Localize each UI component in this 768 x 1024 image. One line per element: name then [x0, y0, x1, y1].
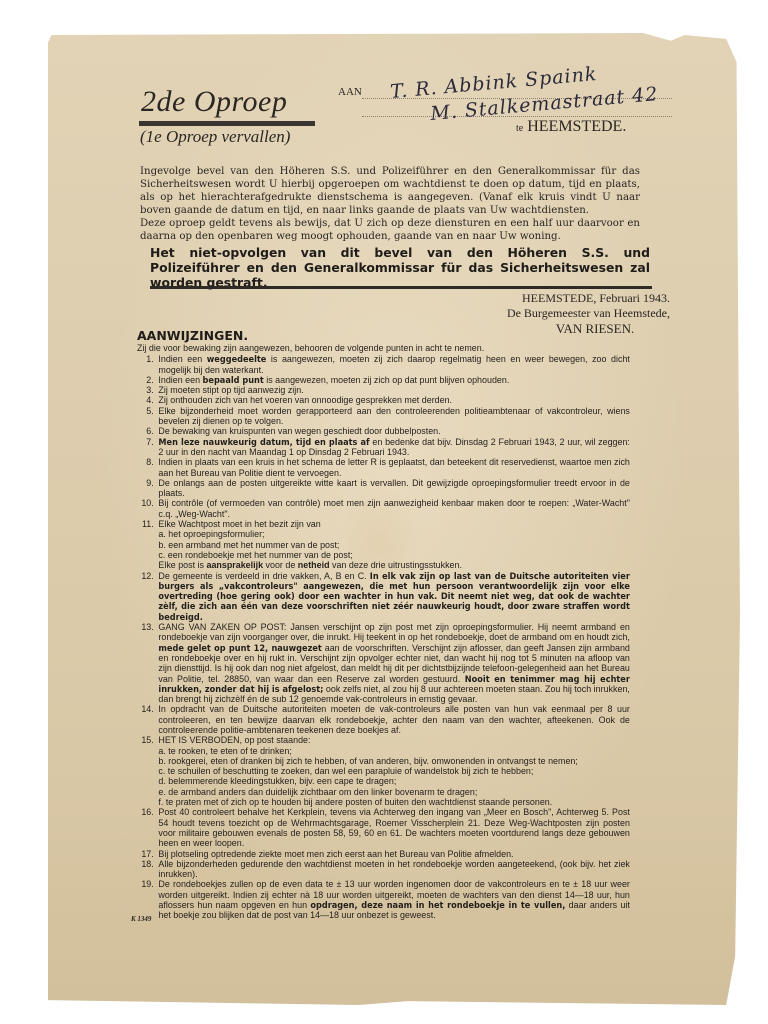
rule-number: 14.	[137, 705, 158, 736]
rule-item: 10.Bij contrôle (of vermoeden van contrô…	[137, 499, 630, 520]
rule-text: Alle bijzonderheden gedurende den wachtd…	[158, 860, 630, 881]
warning-rule	[150, 286, 652, 289]
rule-item: 9.De onlangs aan de posten uitgereikte w…	[137, 479, 630, 500]
addressee-label: AAN	[338, 86, 362, 98]
instructions-heading: AANWIJZINGEN.	[137, 328, 248, 343]
rule-item: 12.De gemeente is verdeeld in drie vakke…	[137, 572, 630, 623]
rule-text-plain: GANG VAN ZAKEN OP POST: Jansen verschijn…	[158, 622, 630, 643]
signature-place-date: HEEMSTEDE, Februari 1943.	[470, 291, 670, 306]
rule-item: 18.Alle bijzonderheden gedurende den wac…	[137, 860, 630, 881]
instructions-list: Zij die voor bewaking zijn aangewezen, b…	[137, 344, 630, 922]
rule-item: 16.Post 40 controleert behalve het Kerkp…	[137, 808, 630, 849]
rule-text-plain: HET IS VERBODEN, op post staande:	[158, 735, 310, 746]
rule-text-plain: In opdracht van de Duitsche autoriteiten…	[158, 704, 630, 736]
rule-text: Indien een weggedeelte is aangewezen, mo…	[158, 355, 630, 376]
rule-number: 10.	[137, 499, 158, 520]
town-line: teHEEMSTEDE.	[516, 118, 626, 136]
rule-item: 19.De rondeboekjes zullen op de even dat…	[137, 880, 630, 921]
rule-number: 9.	[137, 479, 158, 500]
town-prefix: te	[516, 123, 523, 134]
document-subtitle: (1e Oproep vervallen)	[140, 127, 290, 147]
rule-number: 7.	[137, 438, 158, 459]
rule-item: 14.In opdracht van de Duitsche autoritei…	[137, 705, 630, 736]
rule-item: 5.Elke bijzonderheid moet worden gerappo…	[137, 407, 630, 428]
rule-text-plain: Indien in plaats van een kruis in het sc…	[158, 457, 630, 478]
signature-role: De Burgemeester van Heemstede,	[470, 306, 670, 321]
rule-text: Bij contrôle (of vermoeden van contrôle)…	[158, 499, 630, 520]
town: HEEMSTEDE.	[527, 118, 626, 135]
rule-text-plain: Elke bijzonderheid moet worden gerapport…	[158, 406, 630, 427]
rule-text-plain: Alle bijzonderheden gedurende den wachtd…	[158, 859, 630, 880]
rule-item: 7.Men leze nauwkeurig datum, tijd en pla…	[137, 438, 630, 459]
rule-number: 18.	[137, 860, 158, 881]
rule-number: 11.	[137, 520, 158, 530]
rule-number: 5.	[137, 407, 158, 428]
rule-number: 12.	[137, 572, 158, 623]
rule-text-plain: De gemeente is verdeeld in drie vakken, …	[158, 571, 369, 582]
rule-item: 1.Indien een weggedeelte is aangewezen, …	[137, 355, 630, 376]
signature-block: HEEMSTEDE, Februari 1943. De Burgemeeste…	[470, 291, 670, 336]
rules-container: 1.Indien een weggedeelte is aangewezen, …	[137, 355, 630, 921]
intro-paragraph-2: Deze oproep geldt tevens als bewijs, dat…	[140, 217, 640, 243]
rule-text: De rondeboekjes zullen op de even data t…	[158, 880, 630, 921]
rule-item: 8.Indien in plaats van een kruis in het …	[137, 458, 630, 479]
rule-text: De onlangs aan de posten uitgereikte wit…	[158, 479, 630, 500]
rule-text: GANG VAN ZAKEN OP POST: Jansen verschijn…	[158, 623, 630, 705]
rule-text-plain: Post 40 controleert behalve het Kerkplei…	[158, 807, 630, 849]
intro-paragraph-1: Ingevolge bevel van den Höheren S.S. und…	[140, 165, 640, 217]
rule-item: 13.GANG VAN ZAKEN OP POST: Jansen versch…	[137, 623, 630, 705]
rule-text: Elke bijzonderheid moet worden gerapport…	[158, 407, 630, 428]
form-code: K 1349	[131, 915, 151, 923]
rule-text-plain: De onlangs aan de posten uitgereikte wit…	[158, 478, 630, 499]
document-title: 2de Oproep	[141, 85, 287, 119]
instructions-lead: Zij die voor bewaking zijn aangewezen, b…	[137, 344, 630, 354]
rule-text: Post 40 controleert behalve het Kerkplei…	[158, 808, 630, 849]
rule-number: 8.	[137, 458, 158, 479]
signature-name: VAN RIESEN.	[470, 321, 670, 336]
title-underline	[139, 121, 315, 126]
rule-number: 13.	[137, 623, 158, 705]
intro-text: Ingevolge bevel van den Höheren S.S. und…	[140, 165, 640, 243]
penalty-warning: Het niet-opvolgen van dit bevel van den …	[150, 245, 650, 290]
rule-text: In opdracht van de Duitsche autoriteiten…	[158, 705, 630, 736]
rule-text-plain: Bij contrôle (of vermoeden van contrôle)…	[158, 498, 630, 519]
rule-text: De gemeente is verdeeld in drie vakken, …	[158, 572, 630, 623]
rule-number: 1.	[137, 355, 158, 376]
rule-text: Indien in plaats van een kruis in het sc…	[158, 458, 630, 479]
rule-number: 16.	[137, 808, 158, 849]
rule-number: 15.	[137, 736, 158, 746]
rule-text: Men leze nauwkeurig datum, tijd en plaat…	[158, 438, 630, 459]
